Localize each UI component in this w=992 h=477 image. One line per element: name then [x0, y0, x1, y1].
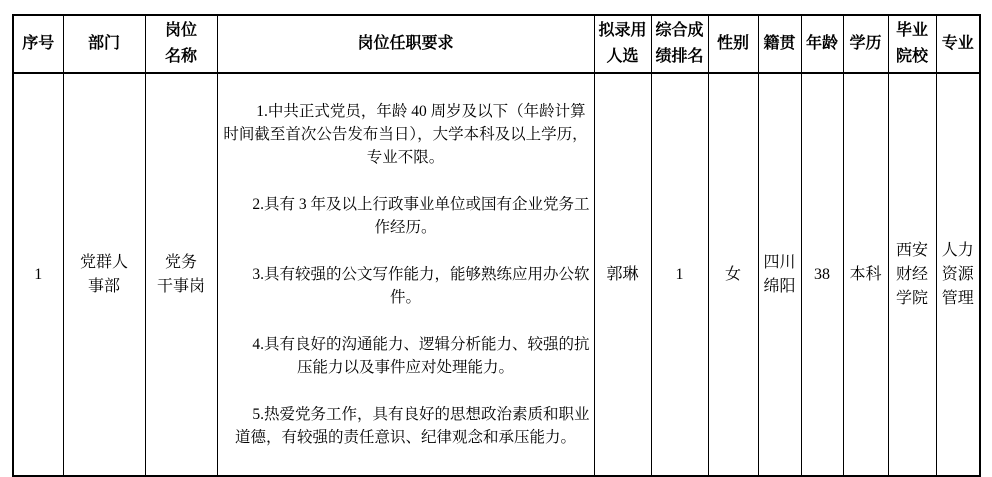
col-header-position: 岗位 名称 — [145, 15, 217, 73]
cell-rank: 1 — [651, 73, 708, 476]
recruitment-table: 序号 部门 岗位 名称 岗位任职要求 拟录用 人选 综合成 绩排名 性别 籍贯 … — [12, 14, 981, 477]
table-row: 1 党群人 事部 党务 干事岗 1.中共正式党员，年龄 40 周岁及以下（年龄计… — [13, 73, 980, 476]
col-header-seq: 序号 — [13, 15, 63, 73]
col-header-requirements: 岗位任职要求 — [217, 15, 594, 73]
cell-position: 党务 干事岗 — [145, 73, 217, 476]
table-header-row: 序号 部门 岗位 名称 岗位任职要求 拟录用 人选 综合成 绩排名 性别 籍贯 … — [13, 15, 980, 73]
cell-age: 38 — [801, 73, 843, 476]
requirement-item-2: 2.具有 3 年及以上行政事业单位或国有企业党务工作经历。 — [221, 193, 591, 239]
col-header-education: 学历 — [843, 15, 888, 73]
col-header-candidate: 拟录用 人选 — [594, 15, 651, 73]
cell-seq: 1 — [13, 73, 63, 476]
col-header-major: 专业 — [936, 15, 980, 73]
col-header-school: 毕业 院校 — [888, 15, 936, 73]
cell-school: 西安 财经 学院 — [888, 73, 936, 476]
requirement-item-4: 4.具有良好的沟通能力、逻辑分析能力、较强的抗压能力以及事件应对处理能力。 — [221, 333, 591, 379]
cell-major: 人力 资源 管理 — [936, 73, 980, 476]
col-header-gender: 性别 — [708, 15, 758, 73]
col-header-native-place: 籍贯 — [758, 15, 801, 73]
col-header-department: 部门 — [63, 15, 145, 73]
recruitment-table-container: 序号 部门 岗位 名称 岗位任职要求 拟录用 人选 综合成 绩排名 性别 籍贯 … — [12, 14, 981, 477]
requirement-item-5: 5.热爱党务工作，具有良好的思想政治素质和职业道德，有较强的责任意识、纪律观念和… — [221, 403, 591, 449]
requirement-item-3: 3.具有较强的公文写作能力，能够熟练应用办公软件。 — [221, 263, 591, 309]
col-header-age: 年龄 — [801, 15, 843, 73]
requirement-item-1: 1.中共正式党员，年龄 40 周岁及以下（年龄计算时间截至首次公告发布当日），大… — [221, 100, 591, 169]
cell-department: 党群人 事部 — [63, 73, 145, 476]
cell-gender: 女 — [708, 73, 758, 476]
cell-requirements: 1.中共正式党员，年龄 40 周岁及以下（年龄计算时间截至首次公告发布当日），大… — [217, 73, 594, 476]
col-header-rank: 综合成 绩排名 — [651, 15, 708, 73]
cell-candidate: 郭琳 — [594, 73, 651, 476]
cell-native-place: 四川 绵阳 — [758, 73, 801, 476]
cell-education: 本科 — [843, 73, 888, 476]
